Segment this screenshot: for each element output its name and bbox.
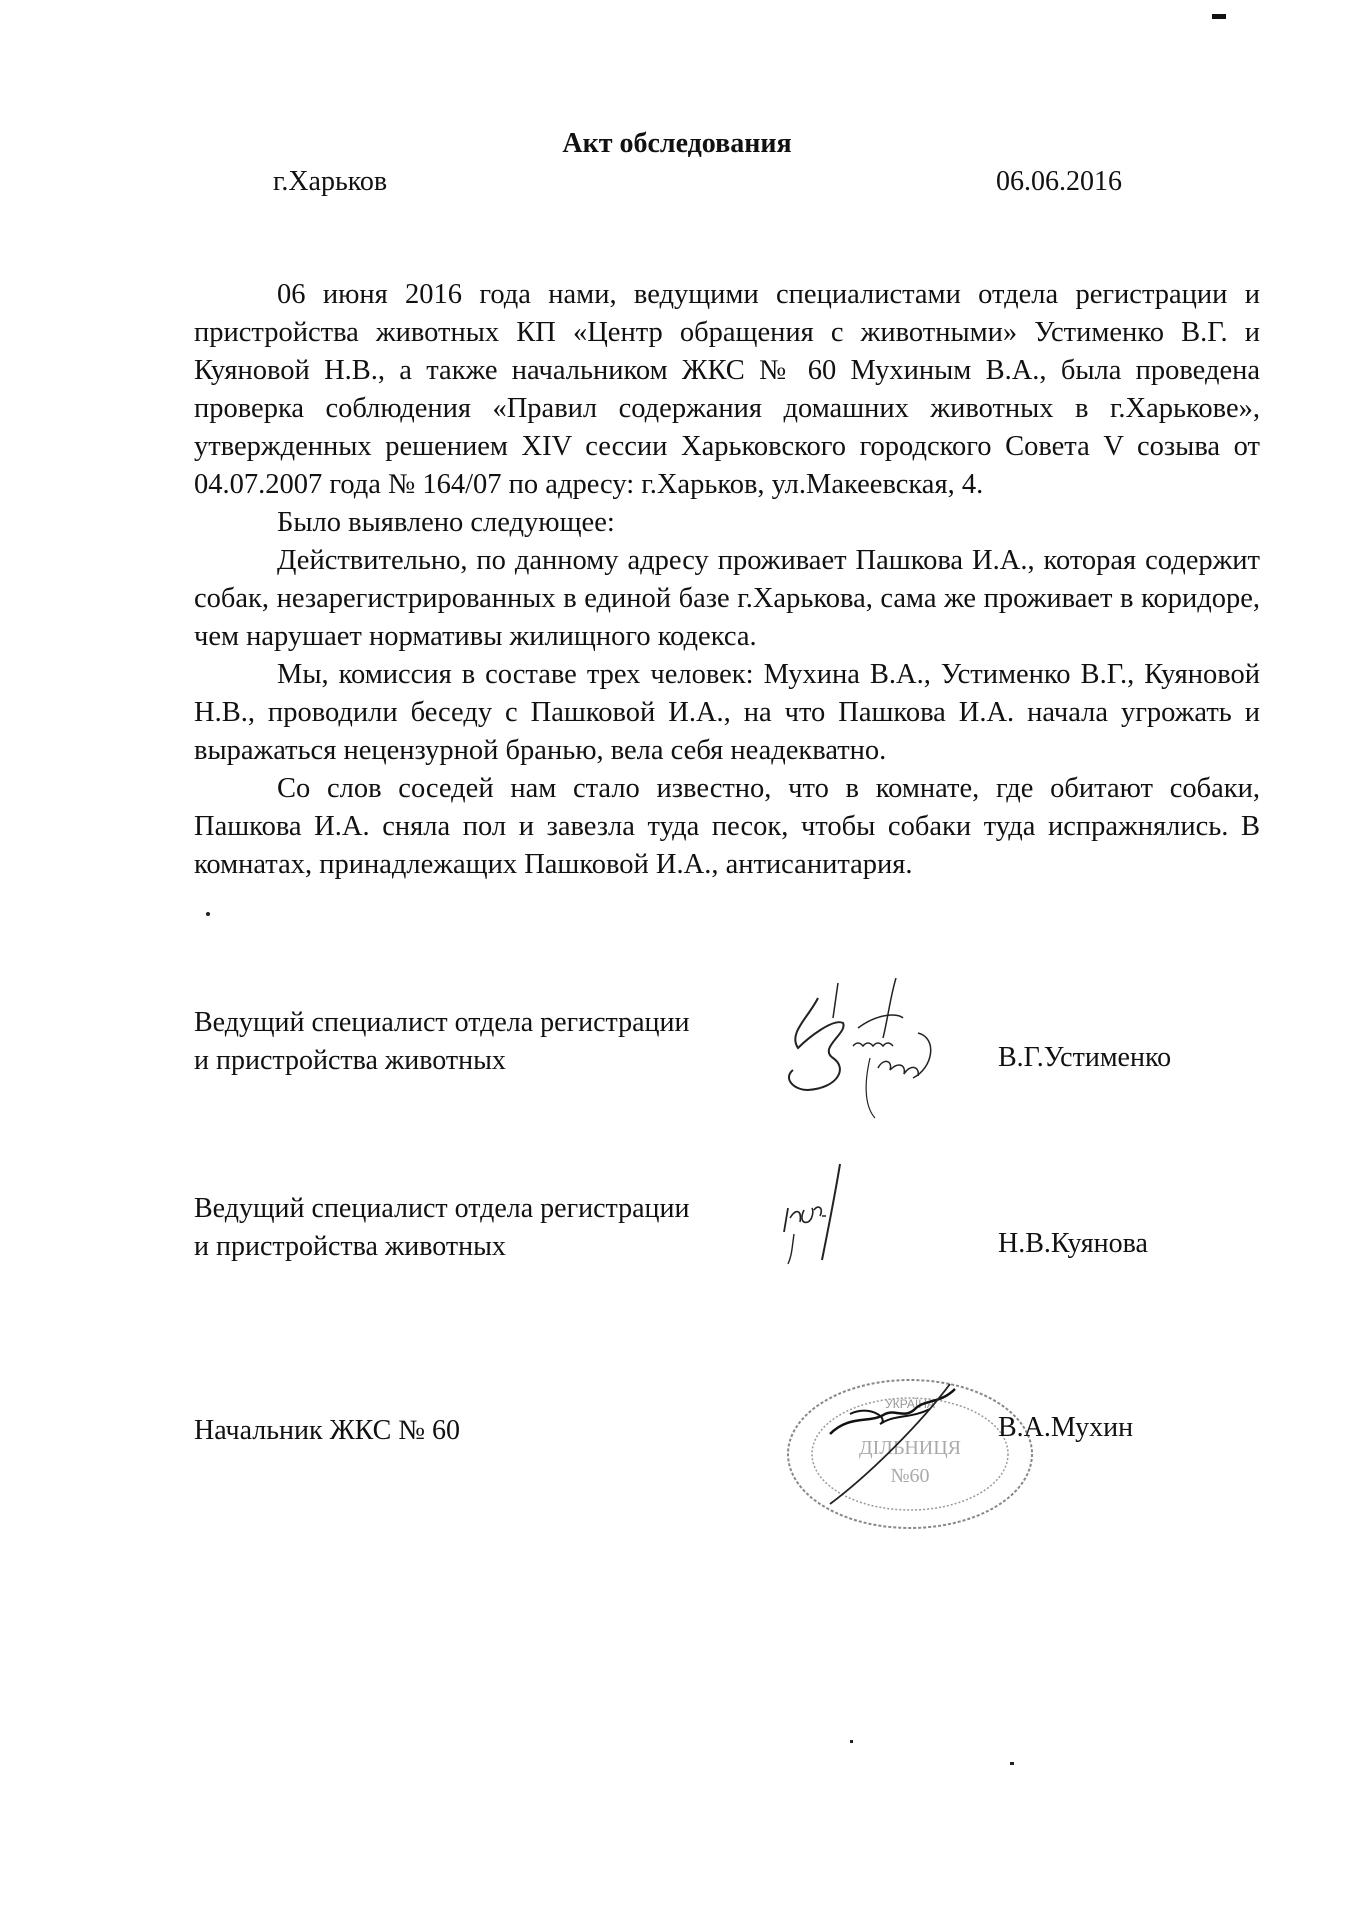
signature-3-position: Начальник ЖКС № 60	[194, 1412, 460, 1450]
svg-text:УКРАЇНА: УКРАЇНА	[885, 1397, 935, 1411]
document-title: Акт обследования	[0, 128, 1356, 160]
paragraph-findings-heading: Было выявлено следующее:	[194, 504, 1260, 542]
scan-speck	[1010, 1762, 1014, 1765]
signature-1-position-line1: Ведущий специалист отдела регистрации	[194, 1004, 689, 1042]
document-body: 06 июня 2016 года нами, ведущими специал…	[194, 276, 1260, 884]
signature-1-position-line2: и пристройства животных	[194, 1042, 689, 1080]
signature-3-position-line1: Начальник ЖКС № 60	[194, 1412, 460, 1450]
stamp-number: №60	[890, 1465, 929, 1487]
signature-2-position-line1: Ведущий специалист отдела регистрации	[194, 1190, 689, 1228]
signature-1-name: В.Г.Устименко	[998, 1042, 1171, 1074]
scan-speck	[850, 1740, 853, 1743]
signature-1-position: Ведущий специалист отдела регистрации и …	[194, 1004, 689, 1080]
stray-dot	[206, 912, 210, 916]
signature-2-handwriting-icon	[770, 1160, 890, 1270]
signature-1-handwriting-icon	[778, 978, 978, 1128]
paragraph-finding-3: Со слов соседей нам стало известно, что …	[194, 770, 1260, 884]
paragraph-finding-1: Действительно, по данному адресу прожива…	[194, 542, 1260, 656]
signature-2-position: Ведущий специалист отдела регистрации и …	[194, 1190, 689, 1266]
document-city: г.Харьков	[273, 166, 387, 198]
paragraph-intro: 06 июня 2016 года нами, ведущими специал…	[194, 276, 1260, 504]
paragraph-finding-2: Мы, комиссия в составе трех человек: Мух…	[194, 656, 1260, 770]
svg-text:ДІЛЬНИЦЯ: ДІЛЬНИЦЯ	[859, 1437, 961, 1459]
official-stamp-icon: УКРАЇНА ДІЛЬНИЦЯ №60	[780, 1374, 1050, 1534]
signature-2-position-line2: и пристройства животных	[194, 1228, 689, 1266]
scan-mark	[1212, 14, 1226, 19]
document-page: Акт обследования г.Харьков 06.06.2016 06…	[0, 0, 1358, 1920]
document-date: 06.06.2016	[996, 166, 1122, 198]
signature-2-name: Н.В.Куянова	[998, 1228, 1148, 1260]
signature-3-name: В.А.Мухин	[998, 1412, 1133, 1444]
